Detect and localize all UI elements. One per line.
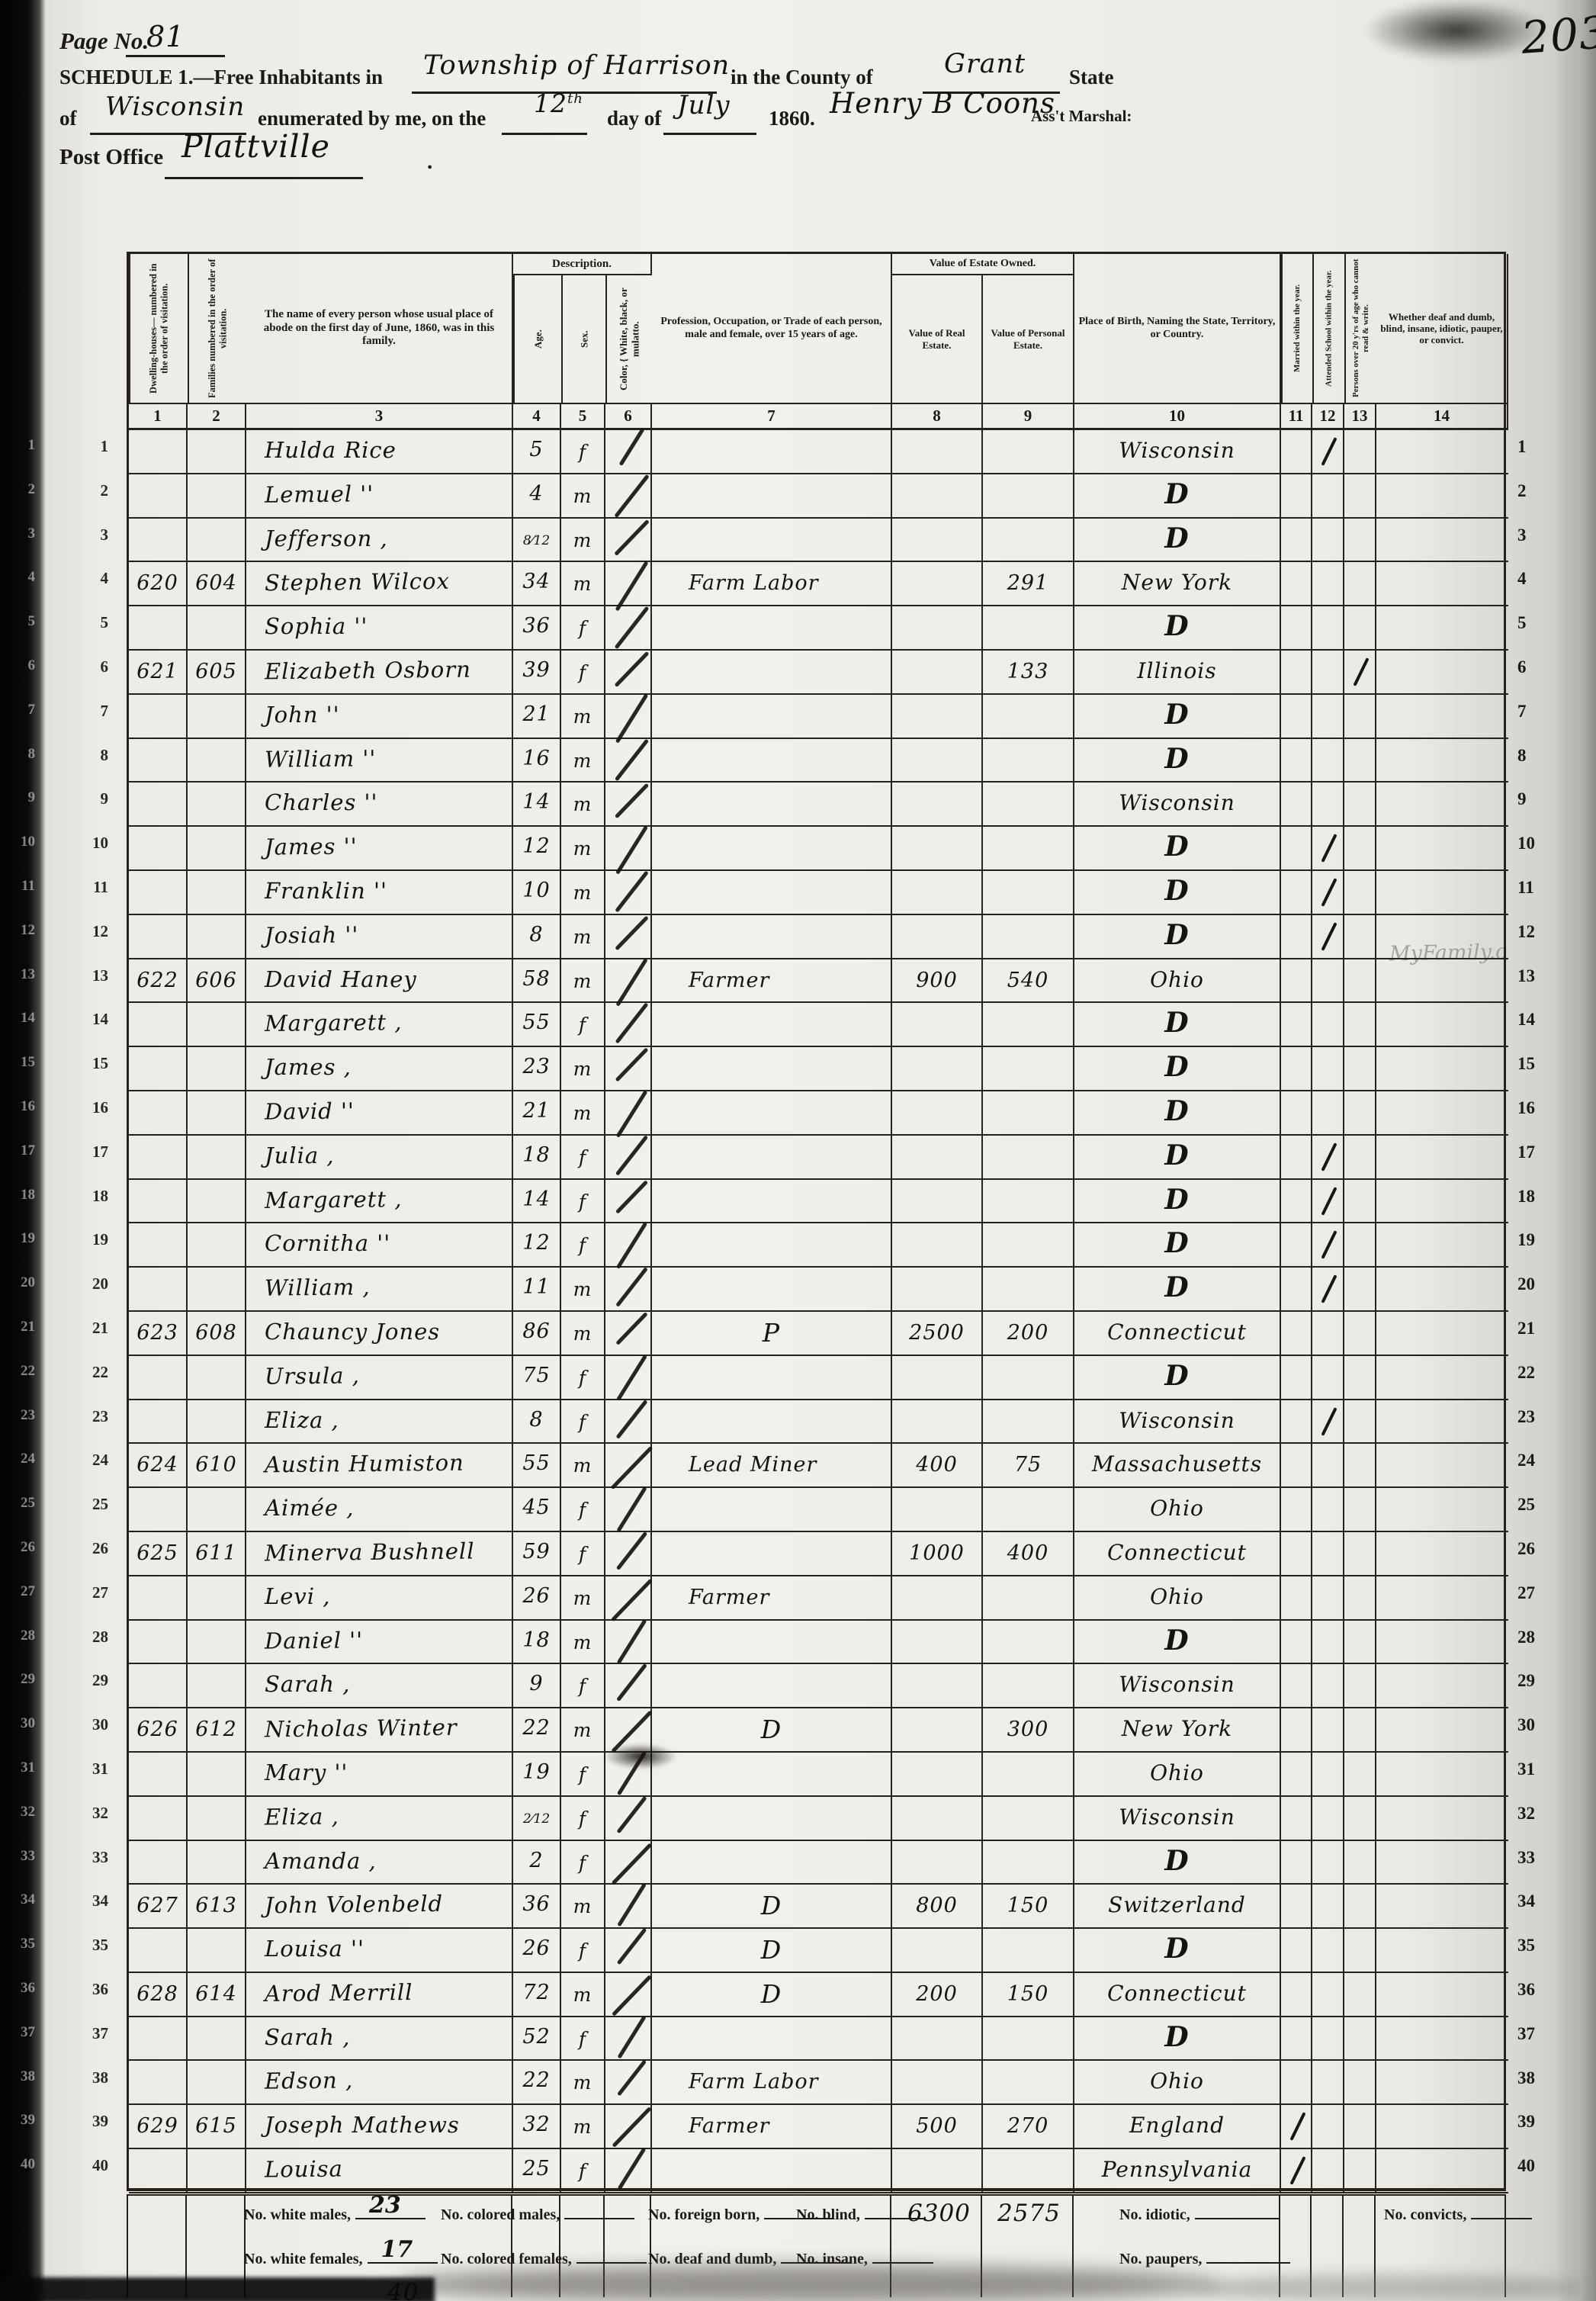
row-19-cell-name: Cornitha '' xyxy=(246,1223,513,1268)
left-edge-line-number: 1 xyxy=(9,437,35,454)
footer-no-paupers-blank xyxy=(1206,2248,1290,2264)
row-11-cell-married xyxy=(1281,871,1312,915)
row-4-cell-remarks xyxy=(1376,562,1508,606)
row-27-cell-age: 26 xyxy=(513,1576,561,1621)
row-38-cell-color xyxy=(605,2061,652,2105)
row-35-cell-school xyxy=(1312,1929,1344,1973)
column-number-11: 11 xyxy=(1281,403,1312,430)
row-24-cell-cannot-read xyxy=(1344,1444,1376,1488)
row-16-cell-birthplace: D xyxy=(1074,1091,1281,1136)
row-31-cell-married xyxy=(1281,1753,1312,1797)
scan-right-edge xyxy=(1556,0,1596,2301)
right-margin-line-number: 6 xyxy=(1517,657,1554,677)
row-36-cell-occupation: D xyxy=(652,1973,892,2017)
row-24-cell-birthplace: Massachusetts xyxy=(1074,1444,1281,1488)
page-no-value: 81 xyxy=(146,20,185,53)
row-32-cell-personal-estate xyxy=(983,1797,1074,1841)
row-6-cell-cannot-read xyxy=(1344,651,1376,695)
left-edge-line-number: 39 xyxy=(9,2112,35,2129)
left-margin-line-number: 34 xyxy=(78,1891,108,1911)
row-36-cell-remarks xyxy=(1376,1973,1508,2017)
person-name: Joseph Mathews xyxy=(265,2112,460,2138)
left-edge-line-number: 15 xyxy=(9,1054,35,1071)
left-margin-line-number: 30 xyxy=(78,1715,108,1734)
row-25-cell-color xyxy=(605,1488,652,1532)
left-margin-line-number: 38 xyxy=(78,2068,108,2087)
row-20-cell-occupation xyxy=(652,1268,892,1312)
row-4-cell-name: Stephen Wilcox xyxy=(246,562,513,606)
handwritten-stroke xyxy=(615,651,650,687)
handwritten-stroke xyxy=(615,1180,648,1213)
row-27-cell-school xyxy=(1312,1576,1344,1621)
row-16-cell-family xyxy=(188,1091,246,1136)
row-9-cell-color xyxy=(605,783,652,827)
row-4-cell-sex: m xyxy=(561,562,605,606)
left-edge-line-number: 26 xyxy=(9,1539,35,1556)
left-margin-line-number: 21 xyxy=(78,1319,108,1338)
row-16-cell-dwelling xyxy=(129,1091,188,1136)
row-10-cell-name: James '' xyxy=(246,827,513,871)
row-17-cell-sex: f xyxy=(561,1136,605,1180)
left-margin-line-number: 24 xyxy=(78,1451,108,1470)
row-7-cell-occupation xyxy=(652,695,892,739)
left-edge-line-number: 20 xyxy=(9,1274,35,1291)
row-25-cell-married xyxy=(1281,1488,1312,1532)
row-19-cell-occupation xyxy=(652,1223,892,1268)
row-39-cell-name: Joseph Mathews xyxy=(246,2105,513,2149)
row-7-cell-cannot-read xyxy=(1344,695,1376,739)
row-34-cell-dwelling: 627 xyxy=(129,1885,188,1929)
person-name: James '' xyxy=(265,834,358,860)
left-margin-line-number: 16 xyxy=(78,1098,108,1117)
row-23-cell-color xyxy=(605,1400,652,1445)
row-37-cell-age: 52 xyxy=(513,2017,561,2062)
person-name: Margarett , xyxy=(265,1009,403,1036)
row-14-cell-dwelling xyxy=(129,1003,188,1047)
row-17-cell-name: Julia , xyxy=(246,1136,513,1180)
row-35-cell-occupation: D xyxy=(652,1929,892,1973)
footer-no-colored-females--blank xyxy=(576,2248,647,2264)
row-13-cell-birthplace: Ohio xyxy=(1074,959,1281,1004)
row-35-cell-birthplace: D xyxy=(1074,1929,1281,1973)
row-8-cell-school xyxy=(1312,739,1344,783)
row-25-cell-age: 45 xyxy=(513,1488,561,1532)
row-1-cell-remarks xyxy=(1376,430,1508,474)
person-name: William '' xyxy=(265,745,377,773)
row-23-cell-married xyxy=(1281,1400,1312,1445)
footer-no-paupers-label: No. paupers, xyxy=(1119,2251,1202,2267)
handwritten-stroke xyxy=(615,693,648,743)
row-29-cell-dwelling xyxy=(129,1664,188,1708)
row-19-cell-personal-estate xyxy=(983,1223,1074,1268)
row-20-cell-cannot-read xyxy=(1344,1268,1376,1312)
row-6-cell-school xyxy=(1312,651,1344,695)
row-9-cell-personal-estate xyxy=(983,783,1074,827)
handwritten-stroke xyxy=(615,474,650,518)
right-margin-line-number: 39 xyxy=(1517,2112,1554,2132)
row-2-cell-married xyxy=(1281,474,1312,519)
row-34-cell-color xyxy=(605,1885,652,1929)
person-name: Sarah , xyxy=(265,2024,350,2050)
row-34-cell-family: 613 xyxy=(188,1885,246,1929)
year-label: 1860. xyxy=(769,107,815,130)
row-17-cell-personal-estate xyxy=(983,1136,1074,1180)
row-12-cell-sex: m xyxy=(561,915,605,959)
row-38-cell-personal-estate xyxy=(983,2061,1074,2105)
row-1-cell-cannot-read xyxy=(1344,430,1376,474)
left-margin-line-number: 19 xyxy=(78,1230,108,1249)
row-34-cell-cannot-read xyxy=(1344,1885,1376,1929)
row-16-cell-school xyxy=(1312,1091,1344,1136)
row-35-cell-age: 26 xyxy=(513,1929,561,1973)
handwritten-stroke xyxy=(616,1267,649,1307)
row-7-cell-real-estate xyxy=(892,695,983,739)
row-38-cell-occupation: Farm Labor xyxy=(652,2061,892,2105)
row-38-cell-remarks xyxy=(1376,2061,1508,2105)
row-16-cell-age: 21 xyxy=(513,1091,561,1136)
row-10-cell-color xyxy=(605,827,652,871)
row-12-cell-dwelling xyxy=(129,915,188,959)
row-30-cell-school xyxy=(1312,1708,1344,1753)
row-11-cell-occupation xyxy=(652,871,892,915)
row-26-cell-personal-estate: 400 xyxy=(983,1532,1074,1576)
column-number-4: 4 xyxy=(513,403,561,430)
row-22-cell-color xyxy=(605,1356,652,1400)
row-8-cell-name: William '' xyxy=(246,739,513,783)
left-margin-line-number: 36 xyxy=(78,1980,108,1999)
of-label: of xyxy=(59,107,77,130)
row-40-cell-sex: f xyxy=(561,2149,605,2193)
row-38-cell-age: 22 xyxy=(513,2061,561,2105)
row-1-cell-color xyxy=(605,430,652,474)
row-27-cell-occupation: Farmer xyxy=(652,1576,892,1621)
row-18-cell-occupation xyxy=(652,1180,892,1224)
column-number-9: 9 xyxy=(983,403,1074,430)
row-30-cell-occupation: D xyxy=(652,1708,892,1753)
handwritten-stroke xyxy=(616,1531,647,1570)
row-23-cell-cannot-read xyxy=(1344,1400,1376,1445)
row-8-cell-personal-estate xyxy=(983,739,1074,783)
person-name: Daniel '' xyxy=(265,1627,363,1653)
row-18-cell-real-estate xyxy=(892,1180,983,1224)
row-27-cell-married xyxy=(1281,1576,1312,1621)
row-11-cell-cannot-read xyxy=(1344,871,1376,915)
row-24-cell-age: 55 xyxy=(513,1444,561,1488)
row-40-cell-remarks xyxy=(1376,2149,1508,2193)
person-name: Jefferson , xyxy=(265,525,388,551)
row-24-cell-family: 610 xyxy=(188,1444,246,1488)
row-10-cell-married xyxy=(1281,827,1312,871)
footer-no-deaf-and-dumb--blank xyxy=(781,2248,851,2264)
person-name: Mary '' xyxy=(265,1759,348,1785)
column-number-14: 14 xyxy=(1376,403,1508,430)
row-6-cell-personal-estate: 133 xyxy=(983,651,1074,695)
row-40-cell-dwelling xyxy=(129,2149,188,2193)
row-4-cell-school xyxy=(1312,562,1344,606)
left-edge-line-number: 7 xyxy=(9,702,35,718)
row-7-cell-married xyxy=(1281,695,1312,739)
row-2-cell-cannot-read xyxy=(1344,474,1376,519)
footer-no-colored-males--label: No. colored males, xyxy=(441,2206,560,2223)
row-33-cell-age: 2 xyxy=(513,1841,561,1885)
footer-no-white-females-: No. white females,17 xyxy=(244,2248,438,2268)
person-name: Stephen Wilcox xyxy=(265,568,450,596)
right-margin-line-number: 1 xyxy=(1517,437,1554,457)
row-10-cell-remarks xyxy=(1376,827,1508,871)
left-edge-line-number: 4 xyxy=(9,569,35,586)
handwritten-stroke xyxy=(617,1618,647,1663)
left-edge-line-number: 8 xyxy=(9,746,35,763)
row-21-cell-sex: m xyxy=(561,1312,605,1356)
row-9-cell-age: 14 xyxy=(513,783,561,827)
row-35-cell-sex: f xyxy=(561,1929,605,1973)
column-number-7: 7 xyxy=(652,403,892,430)
row-15-cell-cannot-read xyxy=(1344,1047,1376,1091)
row-16-cell-sex: m xyxy=(561,1091,605,1136)
handwritten-stroke xyxy=(618,1883,647,1927)
row-29-cell-sex: f xyxy=(561,1664,605,1708)
left-edge-line-number: 5 xyxy=(9,613,35,630)
footer-no-convicts-blank xyxy=(1471,2204,1532,2219)
school-tick xyxy=(1321,1230,1337,1259)
person-name: John '' xyxy=(265,702,340,728)
row-18-cell-remarks xyxy=(1376,1180,1508,1224)
left-margin-line-number: 3 xyxy=(78,525,108,545)
left-margin-line-number: 11 xyxy=(78,878,108,897)
row-26-cell-cannot-read xyxy=(1344,1532,1376,1576)
row-5-cell-occupation xyxy=(652,606,892,651)
row-38-cell-family xyxy=(188,2061,246,2105)
right-margin-line-number: 14 xyxy=(1517,1010,1554,1030)
row-1-cell-age: 5 xyxy=(513,430,561,474)
row-3-cell-sex: m xyxy=(561,519,605,563)
row-24-cell-occupation: Lead Miner xyxy=(652,1444,892,1488)
row-30-cell-remarks xyxy=(1376,1708,1508,1753)
row-20-cell-remarks xyxy=(1376,1268,1508,1312)
row-39-cell-school xyxy=(1312,2105,1344,2149)
row-21-cell-real-estate: 2500 xyxy=(892,1312,983,1356)
row-5-cell-color xyxy=(605,606,652,651)
school-tick xyxy=(1321,437,1337,466)
row-30-cell-sex: m xyxy=(561,1708,605,1753)
row-17-cell-dwelling xyxy=(129,1136,188,1180)
person-name: Eliza , xyxy=(265,1803,339,1830)
row-26-cell-family: 611 xyxy=(188,1532,246,1576)
column-number-5: 5 xyxy=(561,403,605,430)
row-15-cell-remarks xyxy=(1376,1047,1508,1091)
row-29-cell-family xyxy=(188,1664,246,1708)
column-header-1: Dwelling-houses— numbered in the order o… xyxy=(129,254,188,403)
left-edge-line-number: 14 xyxy=(9,1010,35,1027)
row-24-cell-personal-estate: 75 xyxy=(983,1444,1074,1488)
left-edge-line-number: 9 xyxy=(9,789,35,806)
row-11-cell-sex: m xyxy=(561,871,605,915)
row-8-cell-married xyxy=(1281,739,1312,783)
row-22-cell-occupation xyxy=(652,1356,892,1400)
handwritten-stroke xyxy=(611,1446,653,1490)
row-2-cell-personal-estate xyxy=(983,474,1074,519)
row-37-cell-occupation xyxy=(652,2017,892,2062)
row-12-cell-cannot-read xyxy=(1344,915,1376,959)
row-28-cell-family xyxy=(188,1621,246,1665)
row-1-cell-name: Hulda Rice xyxy=(246,430,513,474)
row-29-cell-married xyxy=(1281,1664,1312,1708)
left-edge-line-number: 6 xyxy=(9,657,35,674)
row-38-cell-married xyxy=(1281,2061,1312,2105)
row-21-cell-cannot-read xyxy=(1344,1312,1376,1356)
row-40-cell-family xyxy=(188,2149,246,2193)
row-2-cell-age: 4 xyxy=(513,474,561,519)
footer-no-white-males--label: No. white males, xyxy=(244,2206,351,2223)
row-9-cell-remarks xyxy=(1376,783,1508,827)
row-14-cell-sex: f xyxy=(561,1003,605,1047)
row-6-cell-occupation xyxy=(652,651,892,695)
footer-no-white-females--blank: 17 xyxy=(368,2248,438,2264)
footer-no-foreign-born-: No. foreign born, xyxy=(648,2204,834,2224)
column-header-11: Married within the year. xyxy=(1281,254,1312,403)
row-5-cell-name: Sophia '' xyxy=(246,606,513,651)
row-17-cell-age: 18 xyxy=(513,1136,561,1180)
row-4-cell-married xyxy=(1281,562,1312,606)
row-31-cell-remarks xyxy=(1376,1753,1508,1797)
row-25-cell-real-estate xyxy=(892,1488,983,1532)
person-name: Nicholas Winter xyxy=(265,1715,458,1743)
row-33-cell-color xyxy=(605,1841,652,1885)
left-margin-line-number: 6 xyxy=(78,657,108,676)
row-38-cell-cannot-read xyxy=(1344,2061,1376,2105)
row-36-cell-personal-estate: 150 xyxy=(983,1973,1074,2017)
row-14-cell-personal-estate xyxy=(983,1003,1074,1047)
handwritten-stroke xyxy=(615,870,650,912)
row-28-cell-dwelling xyxy=(129,1621,188,1665)
page-no-label: Page No. xyxy=(59,27,149,55)
month-value: July xyxy=(677,90,731,121)
row-32-cell-married xyxy=(1281,1797,1312,1841)
row-8-cell-dwelling xyxy=(129,739,188,783)
scan-smudge-bottom-right xyxy=(1190,2274,1586,2301)
row-22-cell-dwelling xyxy=(129,1356,188,1400)
row-15-cell-name: James , xyxy=(246,1047,513,1091)
row-19-cell-sex: f xyxy=(561,1223,605,1268)
row-6-cell-remarks xyxy=(1376,651,1508,695)
row-23-cell-personal-estate xyxy=(983,1400,1074,1445)
left-edge-line-number: 16 xyxy=(9,1098,35,1115)
row-20-cell-married xyxy=(1281,1268,1312,1312)
column-header-8: Value of Real Estate. xyxy=(892,275,983,403)
row-17-cell-color xyxy=(605,1136,652,1180)
row-34-cell-birthplace: Switzerland xyxy=(1074,1885,1281,1929)
row-25-cell-sex: f xyxy=(561,1488,605,1532)
row-40-cell-real-estate xyxy=(892,2149,983,2193)
left-edge-line-number: 10 xyxy=(9,834,35,850)
row-22-cell-name: Ursula , xyxy=(246,1356,513,1400)
column-number-12: 12 xyxy=(1312,403,1344,430)
row-5-cell-married xyxy=(1281,606,1312,651)
person-name: Levi , xyxy=(265,1583,331,1609)
row-38-cell-birthplace: Ohio xyxy=(1074,2061,1281,2105)
left-margin-line-number: 15 xyxy=(78,1054,108,1073)
row-17-cell-birthplace: D xyxy=(1074,1136,1281,1180)
person-name: Ursula , xyxy=(265,1362,360,1389)
row-5-cell-age: 36 xyxy=(513,606,561,651)
right-margin-line-number: 27 xyxy=(1517,1583,1554,1603)
footer-no-white-males--blank: 23 xyxy=(355,2204,425,2219)
left-margin-line-number: 2 xyxy=(78,481,108,500)
row-23-cell-sex: f xyxy=(561,1400,605,1445)
column-header-7: Profession, Occupation, or Trade of each… xyxy=(652,254,892,403)
row-37-cell-dwelling xyxy=(129,2017,188,2062)
row-26-cell-dwelling: 625 xyxy=(129,1532,188,1576)
person-name: Eliza , xyxy=(265,1407,339,1433)
row-30-cell-age: 22 xyxy=(513,1708,561,1753)
handwritten-stroke xyxy=(611,1578,653,1621)
column-header-12: Attended School within the year. xyxy=(1312,254,1344,403)
row-13-cell-school xyxy=(1312,959,1344,1004)
row-33-cell-birthplace: D xyxy=(1074,1841,1281,1885)
footer-top-rule-2 xyxy=(127,2194,1506,2196)
right-margin-line-number: 3 xyxy=(1517,525,1554,545)
row-23-cell-age: 8 xyxy=(513,1400,561,1445)
row-34-cell-personal-estate: 150 xyxy=(983,1885,1074,1929)
row-12-cell-family xyxy=(188,915,246,959)
right-margin-line-number: 37 xyxy=(1517,2024,1554,2044)
school-tick xyxy=(1321,1187,1337,1216)
row-7-cell-dwelling xyxy=(129,695,188,739)
row-12-cell-remarks xyxy=(1376,915,1508,959)
row-9-cell-family xyxy=(188,783,246,827)
row-21-cell-dwelling: 623 xyxy=(129,1312,188,1356)
row-12-cell-real-estate xyxy=(892,915,983,959)
row-29-cell-color xyxy=(605,1664,652,1708)
row-28-cell-personal-estate xyxy=(983,1621,1074,1665)
row-32-cell-family xyxy=(188,1797,246,1841)
row-35-cell-dwelling xyxy=(129,1929,188,1973)
left-margin-line-number: 29 xyxy=(78,1671,108,1690)
row-37-cell-personal-estate xyxy=(983,2017,1074,2062)
right-margin-line-number: 26 xyxy=(1517,1539,1554,1559)
row-36-cell-school xyxy=(1312,1973,1344,2017)
row-32-cell-name: Eliza , xyxy=(246,1797,513,1841)
cannot-read-tick xyxy=(1353,657,1369,686)
column-header-9: Value of Personal Estate. xyxy=(983,275,1074,403)
row-2-cell-occupation xyxy=(652,474,892,519)
right-margin-line-number: 11 xyxy=(1517,878,1554,898)
row-20-cell-dwelling xyxy=(129,1268,188,1312)
row-33-cell-family xyxy=(188,1841,246,1885)
row-8-cell-birthplace: D xyxy=(1074,739,1281,783)
row-8-cell-family xyxy=(188,739,246,783)
row-4-cell-dwelling: 620 xyxy=(129,562,188,606)
right-margin-line-number: 4 xyxy=(1517,569,1554,589)
person-name: Arod Merrill xyxy=(265,1979,413,2007)
row-5-cell-cannot-read xyxy=(1344,606,1376,651)
row-24-cell-real-estate: 400 xyxy=(892,1444,983,1488)
row-27-cell-birthplace: Ohio xyxy=(1074,1576,1281,1621)
row-11-cell-family xyxy=(188,871,246,915)
row-13-cell-remarks xyxy=(1376,959,1508,1004)
row-39-cell-occupation: Farmer xyxy=(652,2105,892,2149)
row-12-cell-married xyxy=(1281,915,1312,959)
row-4-cell-real-estate xyxy=(892,562,983,606)
row-18-cell-dwelling xyxy=(129,1180,188,1224)
column-header-14: Whether deaf and dumb, blind, insane, id… xyxy=(1376,254,1508,403)
row-30-cell-birthplace: New York xyxy=(1074,1708,1281,1753)
row-16-cell-occupation xyxy=(652,1091,892,1136)
left-edge-line-number: 23 xyxy=(9,1407,35,1424)
row-14-cell-remarks xyxy=(1376,1003,1508,1047)
row-13-cell-color xyxy=(605,959,652,1004)
row-32-cell-age: 2⁄12 xyxy=(513,1797,561,1841)
